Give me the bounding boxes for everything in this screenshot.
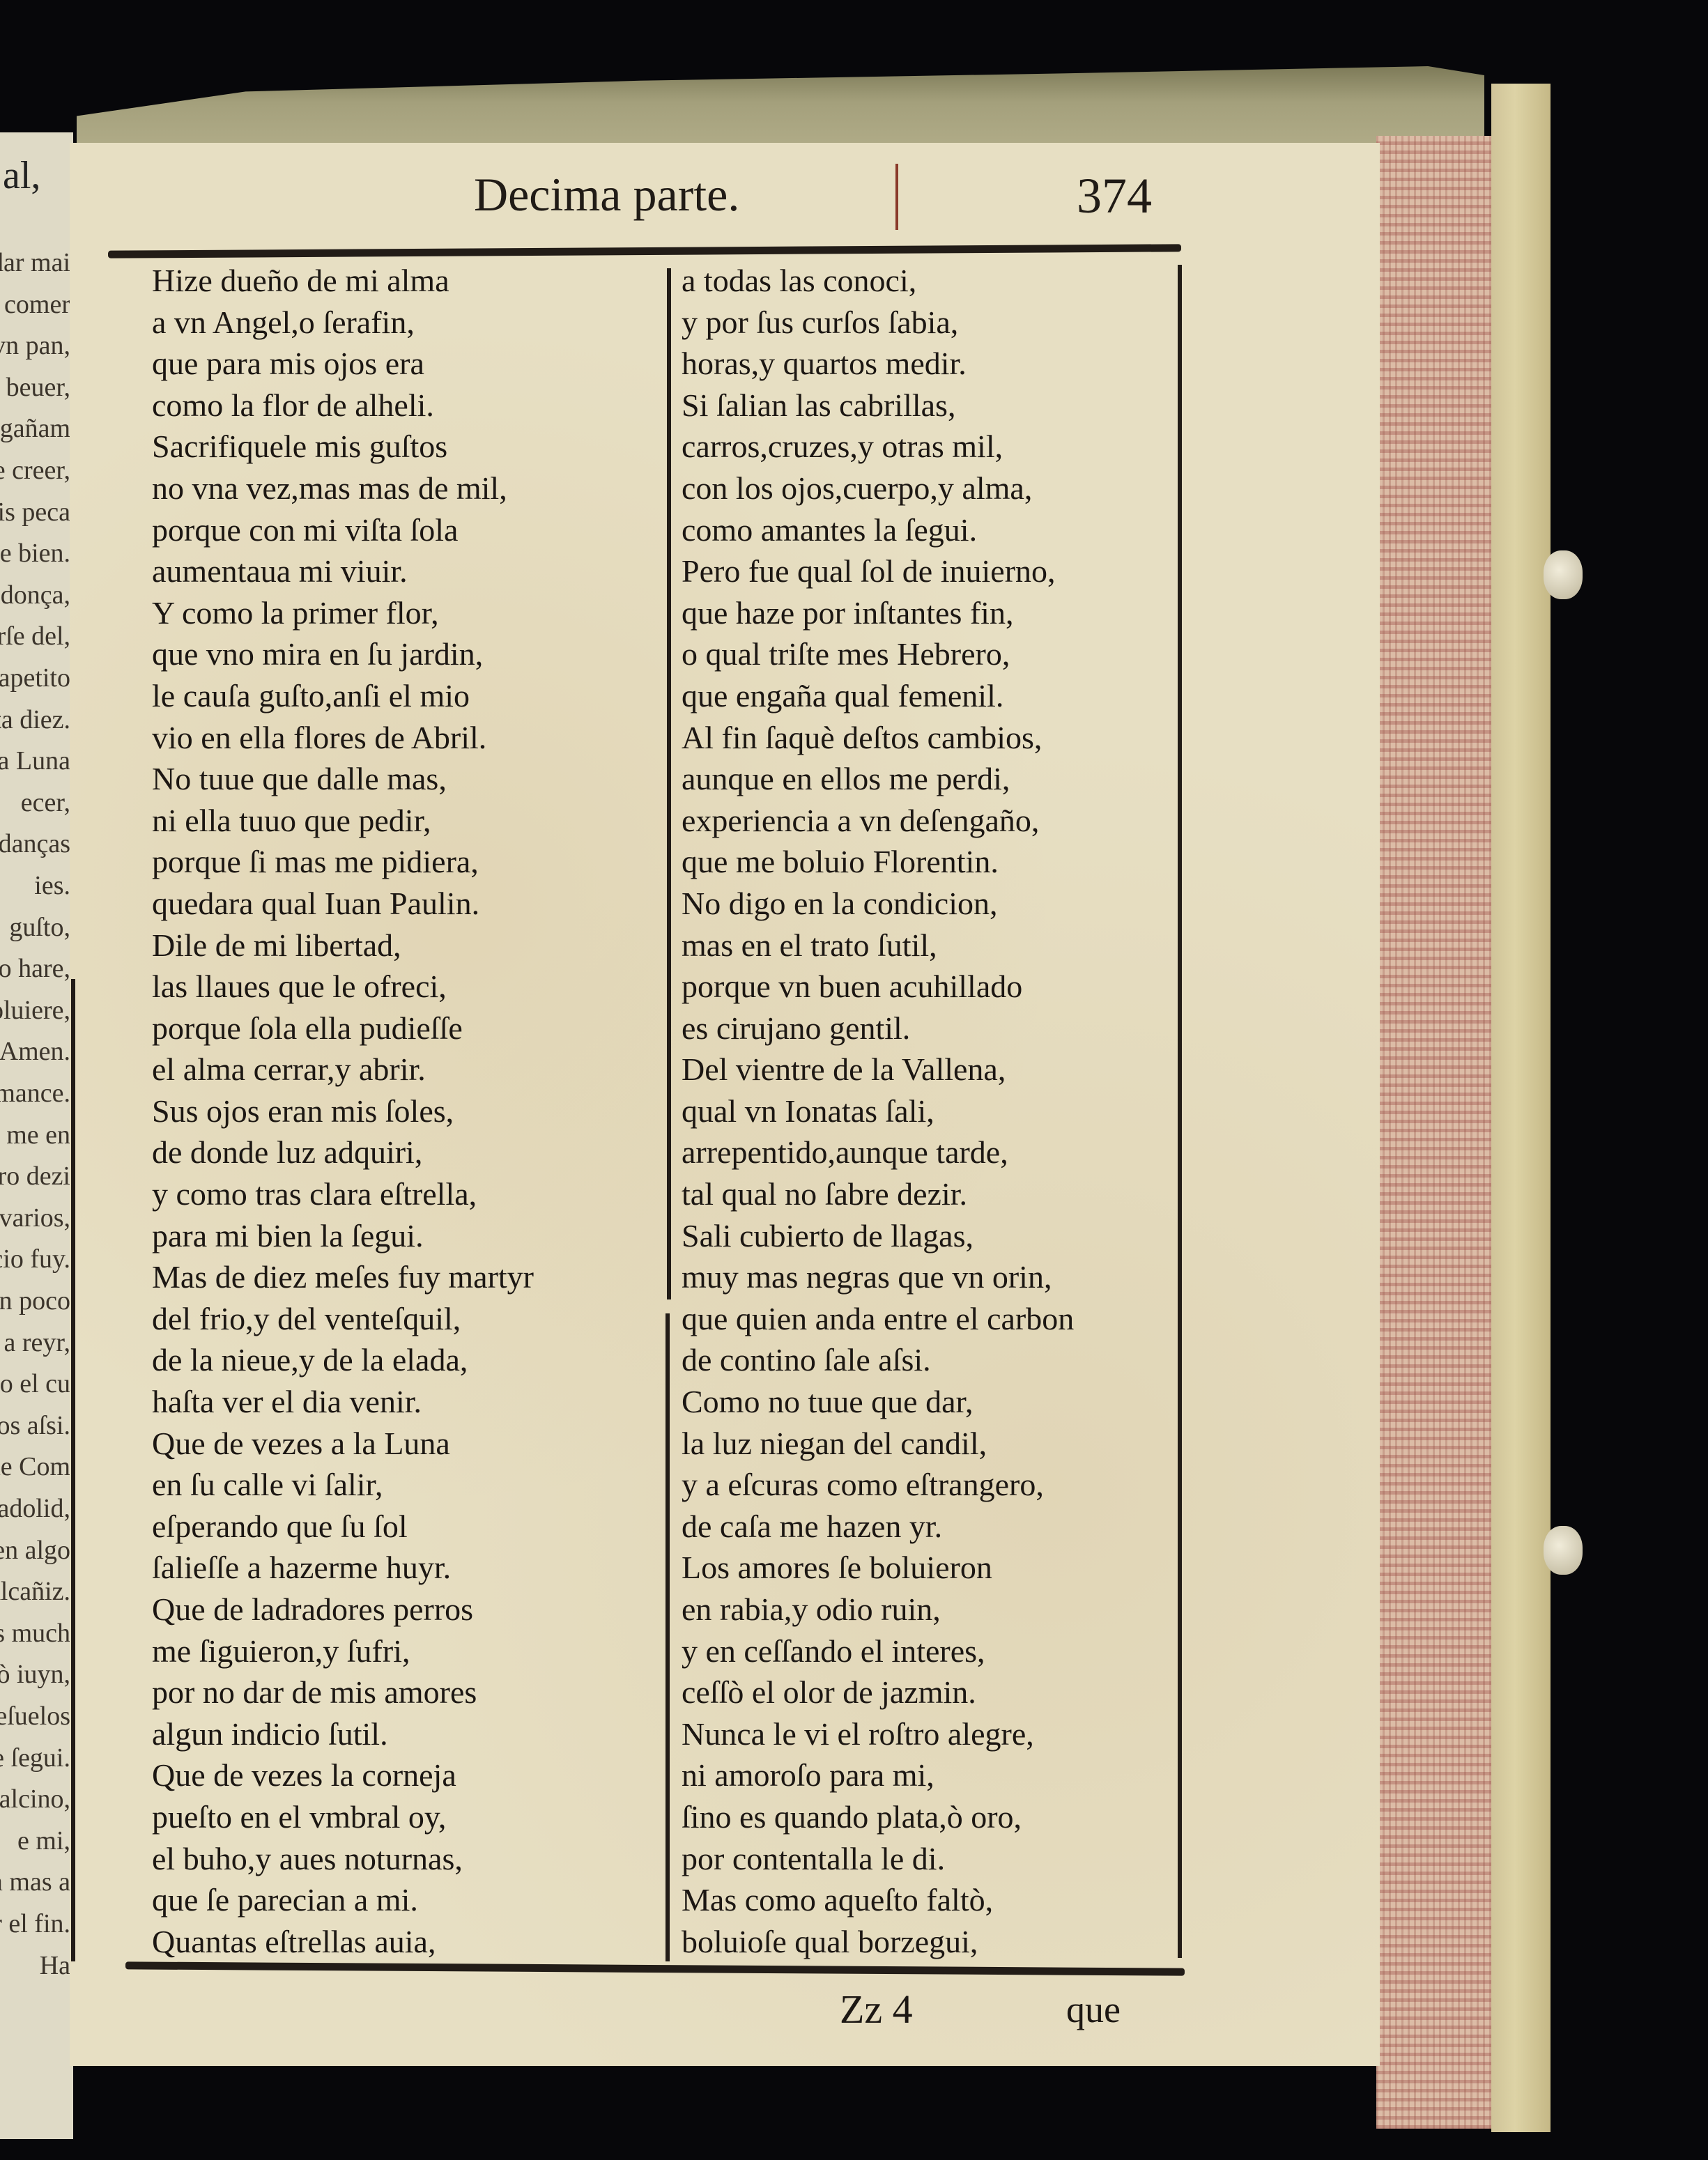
facing-page-line: e mi, [17,1826,70,1856]
verse-line: de la nieue,y de la elada, [152,1339,534,1381]
column-divider-upper [667,268,671,1299]
verse-line: por contentalla le di. [682,1838,1074,1880]
verse-line: No tuue que dalle mas, [152,758,534,800]
verse-line: Que de ladradores perros [152,1589,534,1630]
facing-page-line: haſta diez. [0,704,70,735]
right-frame-bar [1178,265,1182,1958]
verse-line: Mas de diez meſes fuy martyr [152,1256,534,1298]
facing-page-line: enios aſsi. [0,1410,70,1441]
verse-line: pueſto en el vmbral oy, [152,1796,534,1838]
verse-line: aunque en ellos me perdi, [682,758,1074,800]
verse-line: que haze por inſtantes fin, [682,592,1074,634]
verse-line: en ſu calle vi ſalir, [152,1464,534,1506]
facing-page-line: e ſegui. [0,1743,70,1773]
verse-line: con los ojos,cuerpo,y alma, [682,468,1074,509]
facing-page-line: dado alcino, [0,1784,70,1814]
facing-page-line: cabando el cu [0,1368,70,1399]
verse-line: boluioſe qual borzegui, [682,1921,1074,1963]
facing-page-line: ne quien me en [0,1120,70,1150]
facing-page-line: ceſſos varios, [0,1203,70,1233]
verse-line: y como tras clara eſtrella, [152,1173,534,1215]
facing-page-line: ecer, [21,787,70,818]
poem-column-left: Hize dueño de mi almaa vn Angel,o ſerafi… [152,260,534,1962]
verse-line: Los amores ſe boluieron [682,1547,1074,1589]
book-page: Decima parte. 374 Hize dueño de mi almaa… [70,143,1380,2066]
facing-page-header: al, [3,153,40,198]
verse-line: haſta ver el dia venir. [152,1381,534,1423]
verse-line: Si ſalian las cabrillas, [682,385,1074,426]
verse-line: Nunca le vi el roſtro alegre, [682,1713,1074,1755]
facing-page-line: ue necio fuy. [0,1244,70,1274]
verse-line: porque con mi viſta ſola [152,509,534,551]
verse-line: Del vientre de la Vallena, [682,1049,1074,1090]
verse-line: Quantas eſtrellas auia, [152,1921,534,1963]
verse-line: porque ſola ella pudieſſe [152,1008,534,1049]
clasp-tie-lower [1544,1526,1583,1575]
facing-page-line: rece en algo [0,1535,70,1566]
verse-line: eſperando que ſu ſol [152,1506,534,1548]
verse-line: para mi bien la ſegui. [152,1215,534,1257]
facing-page-line: ſto hare, [0,953,70,984]
verse-line: Pero fue qual ſol de inuierno, [682,550,1074,592]
facing-page-line: o,ò iuyn, [0,1659,70,1690]
verse-line: ſalieſſe a hazerme huyr. [152,1547,534,1589]
facing-page-line: le apetito [0,663,70,693]
verse-line: quedara qual Iuan Paulin. [152,883,534,925]
verse-line: el buho,y aues noturnas, [152,1838,534,1880]
verse-line: de donde luz adquiri, [152,1132,534,1173]
facing-page-line: o,por mis peca [0,497,70,527]
facing-page-line: puede comer [0,289,70,320]
facing-page-line: n mudar mai [0,247,70,278]
facing-page-line: eue, Amen. [0,1036,70,1067]
catchword: que [1066,1988,1121,2031]
facing-page-line: no Romance. [0,1078,70,1109]
verse-line: carros,cruzes,y otras mil, [682,426,1074,468]
poem-column-right: a todas las conoci,y por ſus curſos ſabi… [682,260,1074,1962]
verse-line: el alma cerrar,y abrir. [152,1049,534,1090]
facing-page-line: era mas much [0,1618,70,1649]
facing-page-line: nis deſuelos [0,1701,70,1731]
facing-page-line: a que engañam [0,413,70,444]
verse-line: Dile de mi libertad, [152,925,534,966]
verse-line: No digo en la condicion, [682,883,1074,925]
verse-line: que vno mira en ſu jardin, [152,633,534,675]
verse-line: ni amoroſo para mi, [682,1754,1074,1796]
facing-page-line: rà Aldonça, [0,580,70,610]
verse-line: que para mis ojos era [152,343,534,385]
verse-line: vio en ella flores de Abril. [152,717,534,759]
verse-line: Sali cubierto de llagas, [682,1215,1074,1257]
facing-page-line: n a reyr, [0,1327,70,1358]
bottom-rule [125,1961,1185,1975]
top-rule [108,244,1181,258]
facing-page-line: ua de vn pan, [0,330,70,361]
verse-line: ſino es quando plata,ò oro, [682,1796,1074,1838]
verse-line: de caſa me hazen yr. [682,1506,1074,1548]
verse-line: ni ella tuuo que pedir, [152,800,534,842]
facing-page-line: ratos de Com [0,1451,70,1482]
verse-line: mas en el trato ſutil, [682,925,1074,966]
facing-page-line: cntos vn poco [0,1286,70,1316]
verse-line: y a eſcuras como eſtrangero, [682,1464,1074,1506]
facing-page-line: e Alcañiz. [0,1576,70,1607]
running-head: Decima parte. [474,167,739,222]
verse-line: a todas las conoci, [682,260,1074,302]
facing-page-line: ies. [34,870,70,901]
verse-line: Que de vezes a la Luna [152,1423,534,1465]
clasp-tie-upper [1544,550,1583,599]
verse-line: y por ſus curſos ſabia, [682,302,1074,344]
verse-line: me ſiguieron,y ſufri, [152,1630,534,1672]
column-divider-lower [665,1313,670,1961]
verse-line: experiencia a vn deſengaño, [682,800,1074,842]
verse-line: tal qual no ſabre dezir. [682,1173,1074,1215]
verse-line: porque vn buen acuhillado [682,966,1074,1008]
verse-line: Y como la primer flor, [152,592,534,634]
facing-page-line: n le ſabe bien. [0,538,70,569]
verse-line: aumentaua mi viuir. [152,550,534,592]
facing-page-fragment: al, n mudar maipuede comerua de vn pan,v… [0,132,73,2139]
verse-line: no vna vez,mas mas de mil, [152,468,534,509]
facing-page-line: à mudanças [0,828,70,859]
verse-line: Sacrifiquele mis guſtos [152,426,534,468]
verse-line: como la flor de alheli. [152,385,534,426]
verse-line: que ſe parecian a mi. [152,1879,534,1921]
verse-line: en rabia,y odio ruin, [682,1589,1074,1630]
vellum-cover-fore-edge [1491,84,1551,2132]
verse-line: del frio,y del venteſquil, [152,1298,534,1340]
verse-line: a vn Angel,o ſerafin, [152,302,534,344]
facing-page-line: la he de creer, [0,455,70,486]
verse-line: de contino ſale aſsi. [682,1339,1074,1381]
facing-page-line: on cada Luna [0,746,70,776]
verse-line: qual vn Ionatas ſali, [682,1090,1074,1132]
facing-page-line: e boluiere, [0,995,70,1026]
verse-line: y en ceſſando el interes, [682,1630,1074,1672]
speckled-page-edges [1376,136,1491,2129]
verse-line: Hize dueño de mi alma [152,260,534,302]
facing-page-line: lladolid, [0,1493,70,1524]
verse-line: Sus ojos eran mis ſoles, [152,1090,534,1132]
page-number: 374 [1077,167,1152,225]
verse-line: Como no tuue que dar, [682,1381,1074,1423]
verse-line: horas,y quartos medir. [682,343,1074,385]
facing-page-line: er el fin. [0,1908,70,1939]
verse-line: Que de vezes la corneja [152,1754,534,1796]
verse-line: Mas como aqueſto faltò, [682,1879,1074,1921]
verse-line: que quien anda entre el carbon [682,1298,1074,1340]
verse-line: es cirujano gentil. [682,1008,1074,1049]
facing-page-line: es quiero dezi [0,1161,70,1191]
verse-line: las llaues que le ofreci, [152,966,534,1008]
verse-line: que engaña qual femenil. [682,675,1074,717]
verse-line: Al fin ſaquè deſtos cambios, [682,717,1074,759]
facing-page-line: Ha [40,1950,70,1981]
facing-page-line: hararſe del, [0,621,70,651]
signature-mark: Zz 4 [840,1986,913,2032]
verse-line: algun indicio ſutil. [152,1713,534,1755]
red-pencil-mark [895,164,898,230]
verse-line: porque ſi mas me pidiera, [152,841,534,883]
verse-line: ceſſò el olor de jazmin. [682,1672,1074,1713]
left-frame-bar [71,979,75,1961]
verse-line: o qual triſte mes Hebrero, [682,633,1074,675]
facing-page-line: el q̃ eſtà mas a [0,1867,70,1897]
verse-line: muy mas negras que vn orin, [682,1256,1074,1298]
verse-line: la luz niegan del candil, [682,1423,1074,1465]
verse-line: arrepentido,aunque tarde, [682,1132,1074,1173]
facing-page-line: guſto, [9,912,70,943]
verse-line: le cauſa guſto,anſi el mio [152,675,534,717]
verse-line: como amantes la ſegui. [682,509,1074,551]
verse-line: por no dar de mis amores [152,1672,534,1713]
verse-line: que me boluio Florentin. [682,841,1074,883]
facing-page-line: vn yino beuer, [0,372,70,403]
